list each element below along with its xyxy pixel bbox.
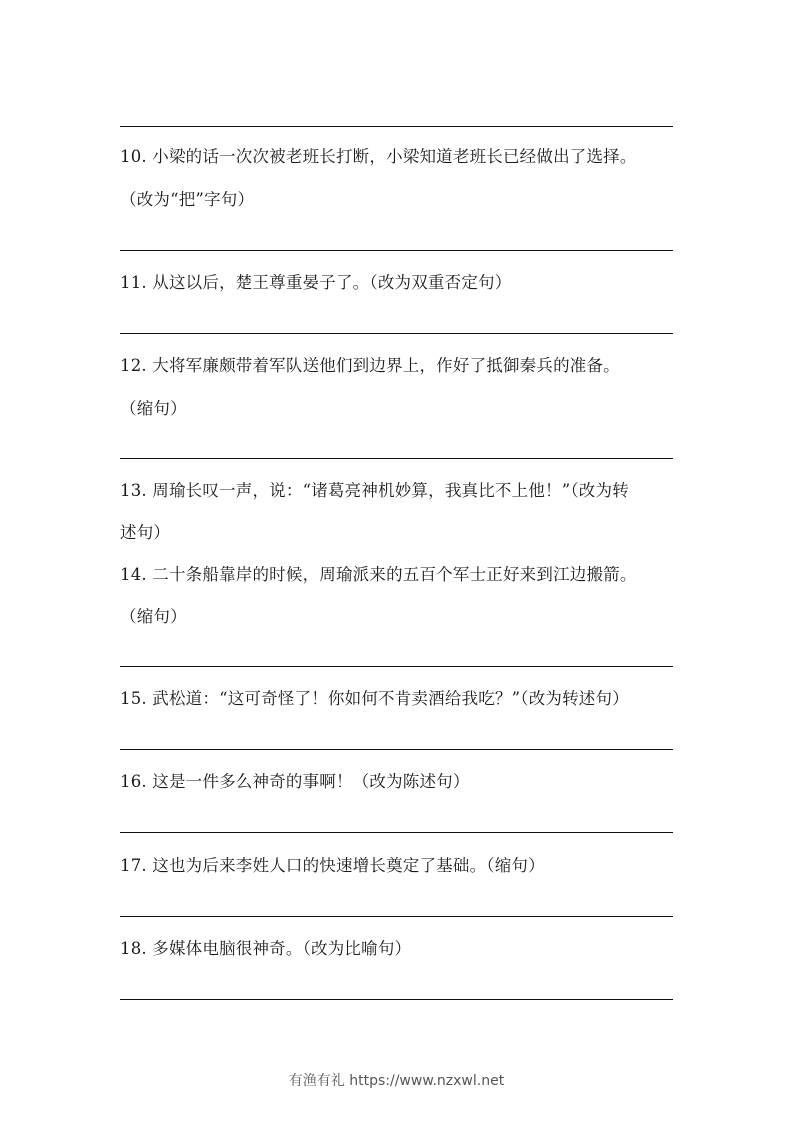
question-14-line-1: 14. 二十条船靠岸的时候，周瑜派来的五百个军士正好来到江边搬箭。 — [120, 565, 637, 585]
answer-line — [120, 832, 673, 833]
question-13-line-1: 13. 周瑜长叹一声，说：“诸葛亮神机妙算，我真比不上他！”（改为转 — [120, 481, 629, 501]
question-10-line-2: （改为“把”字句） — [120, 190, 254, 210]
answer-line — [120, 333, 673, 334]
question-14-line-2: （缩句） — [120, 607, 187, 627]
answer-line — [120, 666, 673, 667]
question-12-line-1: 12. 大将军廉颇带着军队送他们到边界上，作好了抵御秦兵的准备。 — [120, 356, 620, 376]
question-18-line-1: 18. 多媒体电脑很神奇。（改为比喻句） — [120, 939, 411, 959]
answer-line — [120, 916, 673, 917]
question-17-line-1: 17. 这也为后来李姓人口的快速增长奠定了基础。（缩句） — [120, 856, 545, 876]
answer-line — [120, 749, 673, 750]
question-16-line-1: 16. 这是一件多么神奇的事啊！（改为陈述句） — [120, 772, 470, 792]
answer-line — [120, 126, 673, 127]
answer-line — [120, 999, 673, 1000]
footer-watermark: 有渔有礼 https://www.nzxwl.net — [0, 1070, 793, 1090]
answer-line — [120, 250, 673, 251]
answer-line — [120, 458, 673, 459]
question-10-line-1: 10. 小梁的话一次次被老班长打断，小梁知道老班长已经做出了选择。 — [120, 147, 637, 167]
question-11-line-1: 11. 从这以后，楚王尊重晏子了。（改为双重否定句） — [120, 273, 511, 293]
question-15-line-1: 15. 武松道：“这可奇怪了！你如何不肯卖酒给我吃？”（改为转述句） — [120, 689, 629, 709]
question-12-line-2: （缩句） — [120, 399, 187, 419]
question-13-line-2: 述句） — [120, 523, 170, 543]
